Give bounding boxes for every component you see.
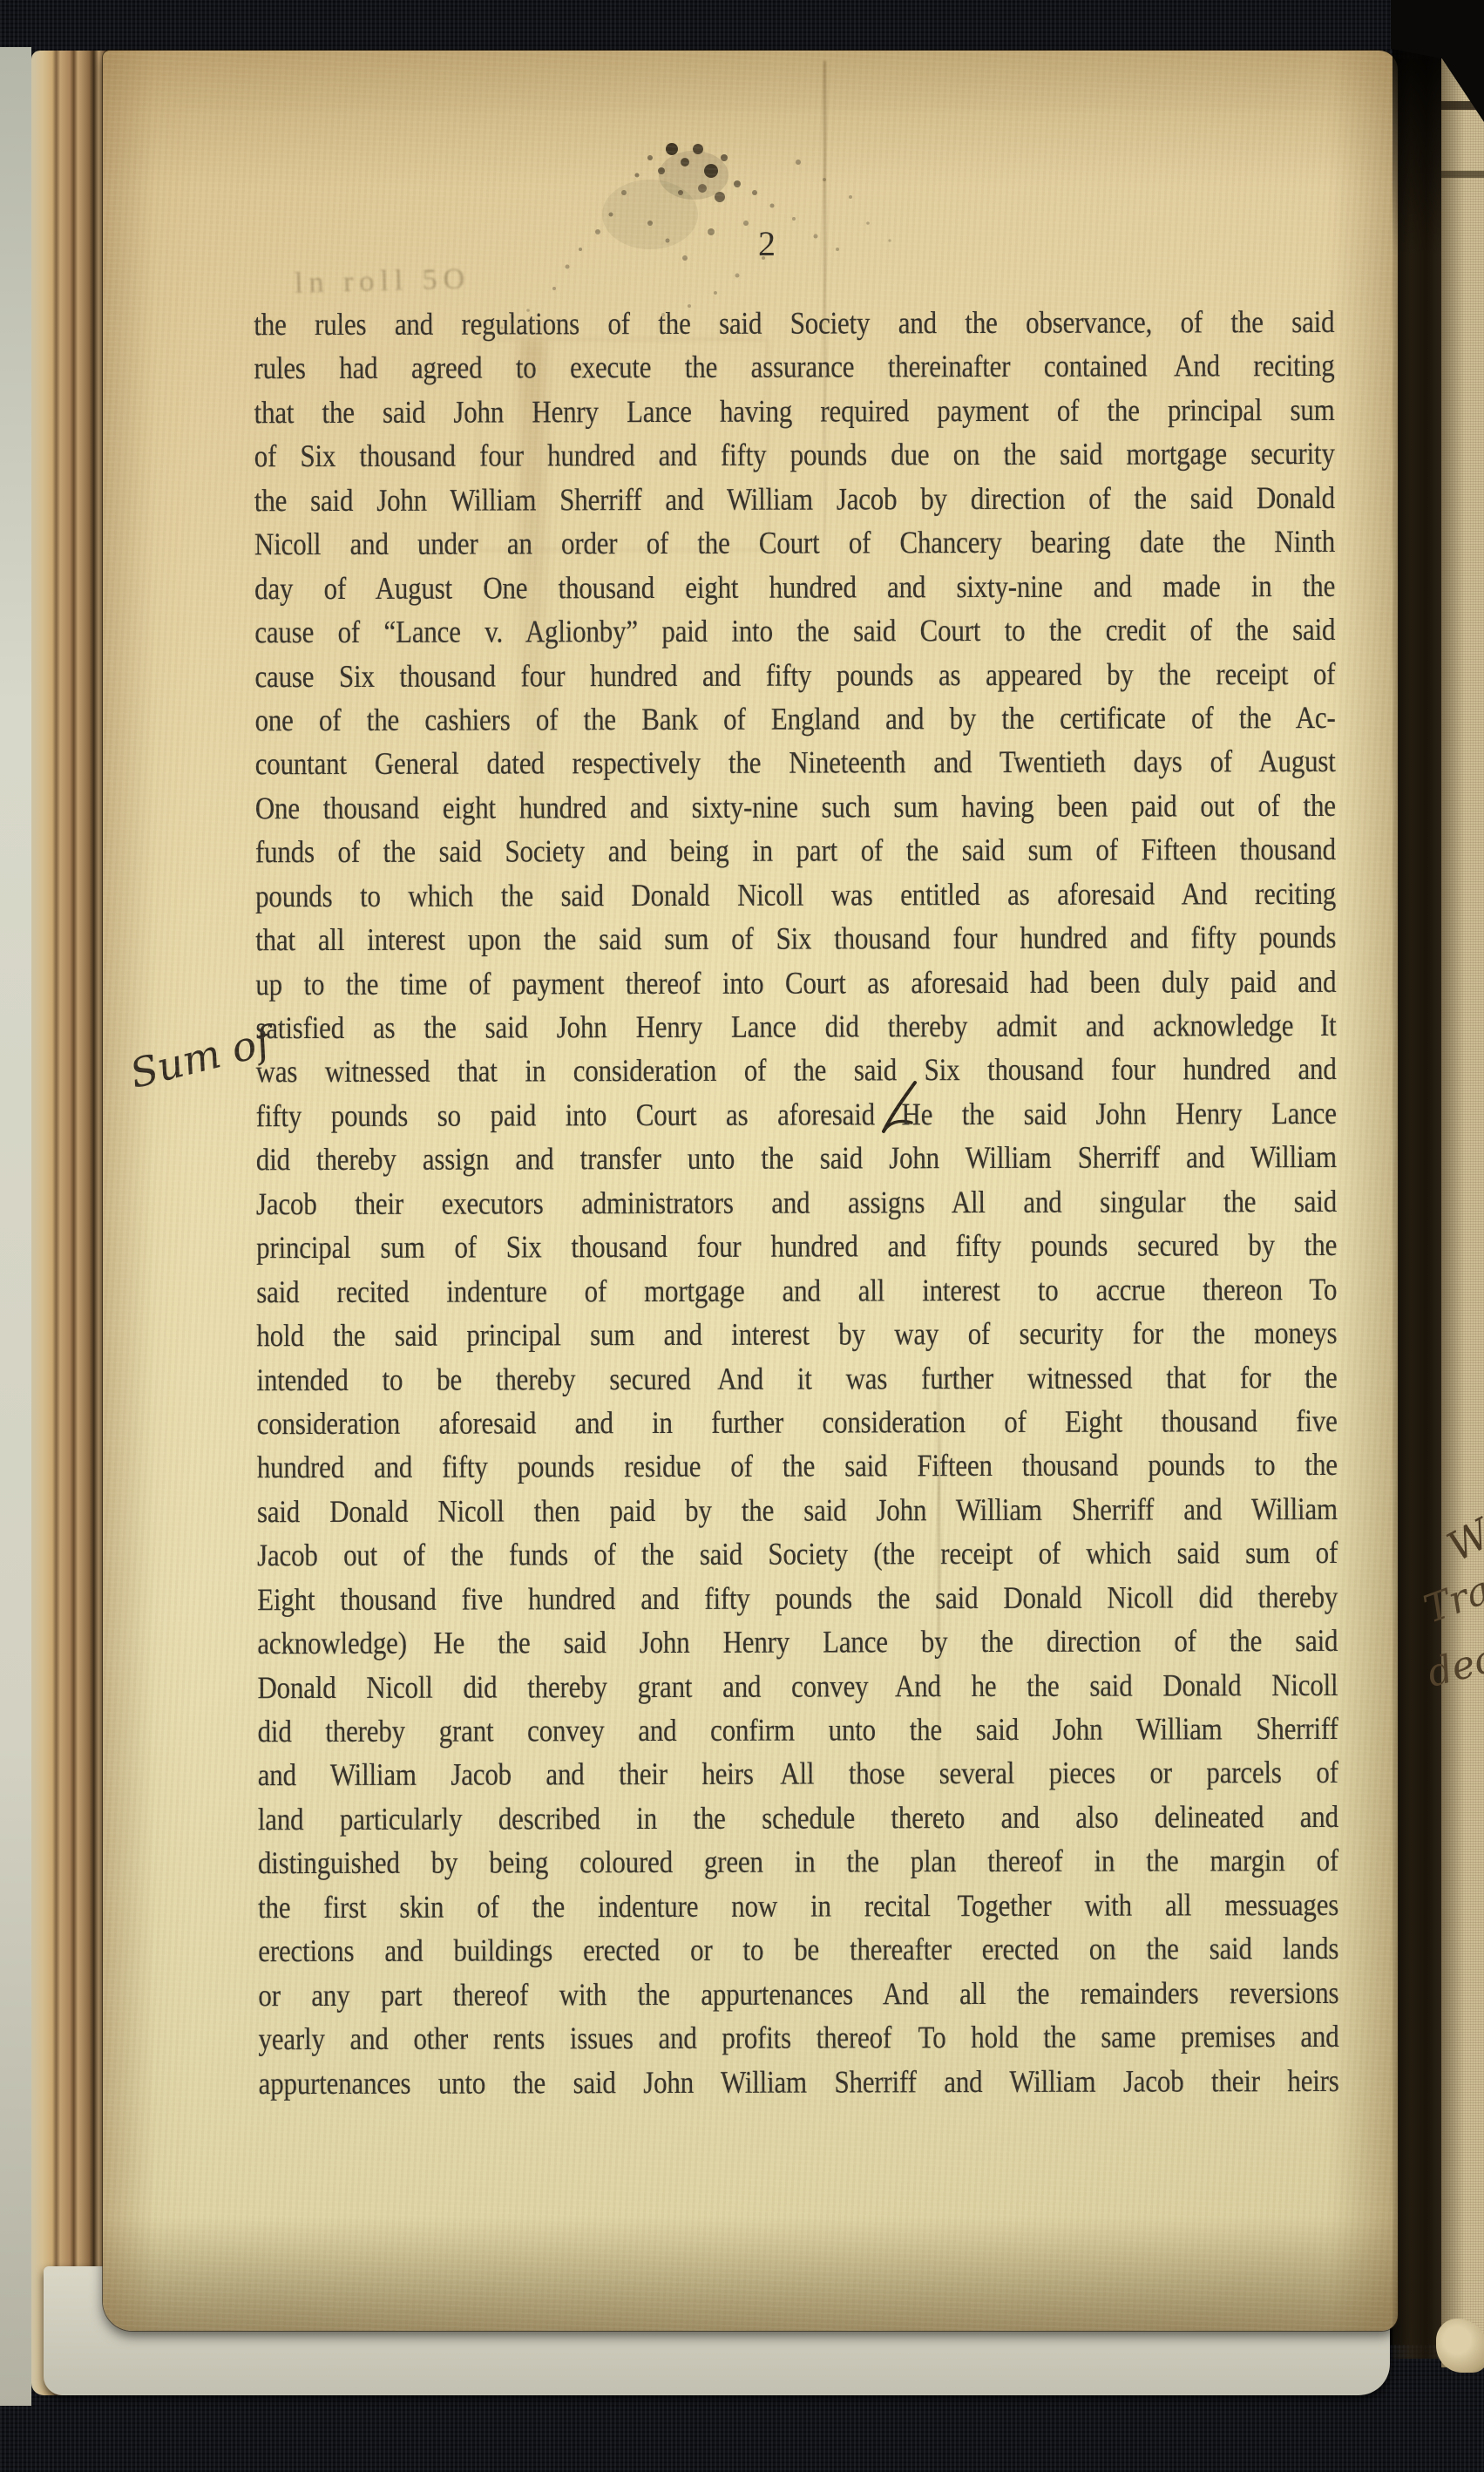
handwriting-fragment: W [1440,1510,1484,1571]
body-text: the rules and regulations of the said So… [254,300,1338,2105]
gutter-shadow [1393,47,1445,2359]
page-number: 2 [758,223,776,264]
leaf-crumpled-corner [1436,2319,1484,2373]
document-page-scan: ln roll 5O 2 Sum of the rules and regula… [0,0,1484,2472]
margin-note-sum-of: Sum of [125,1017,275,1097]
leaf-edge-streak [1441,171,1484,178]
page-stack-edges [31,51,112,2395]
next-leaf-edge [1441,56,1484,2367]
right-handwriting-clip: W Tra dec [1408,1473,1484,1726]
handwriting-fragment: Tra [1419,1567,1484,1632]
handwriting-fragment: dec [1423,1636,1484,1696]
left-sheet-edge [0,47,31,2406]
text-line: appurtenances unto the said John William… [259,2055,1339,2109]
main-page: ln roll 5O 2 Sum of the rules and regula… [103,51,1398,2331]
offset-stamp: ln roll 5O [295,262,471,300]
